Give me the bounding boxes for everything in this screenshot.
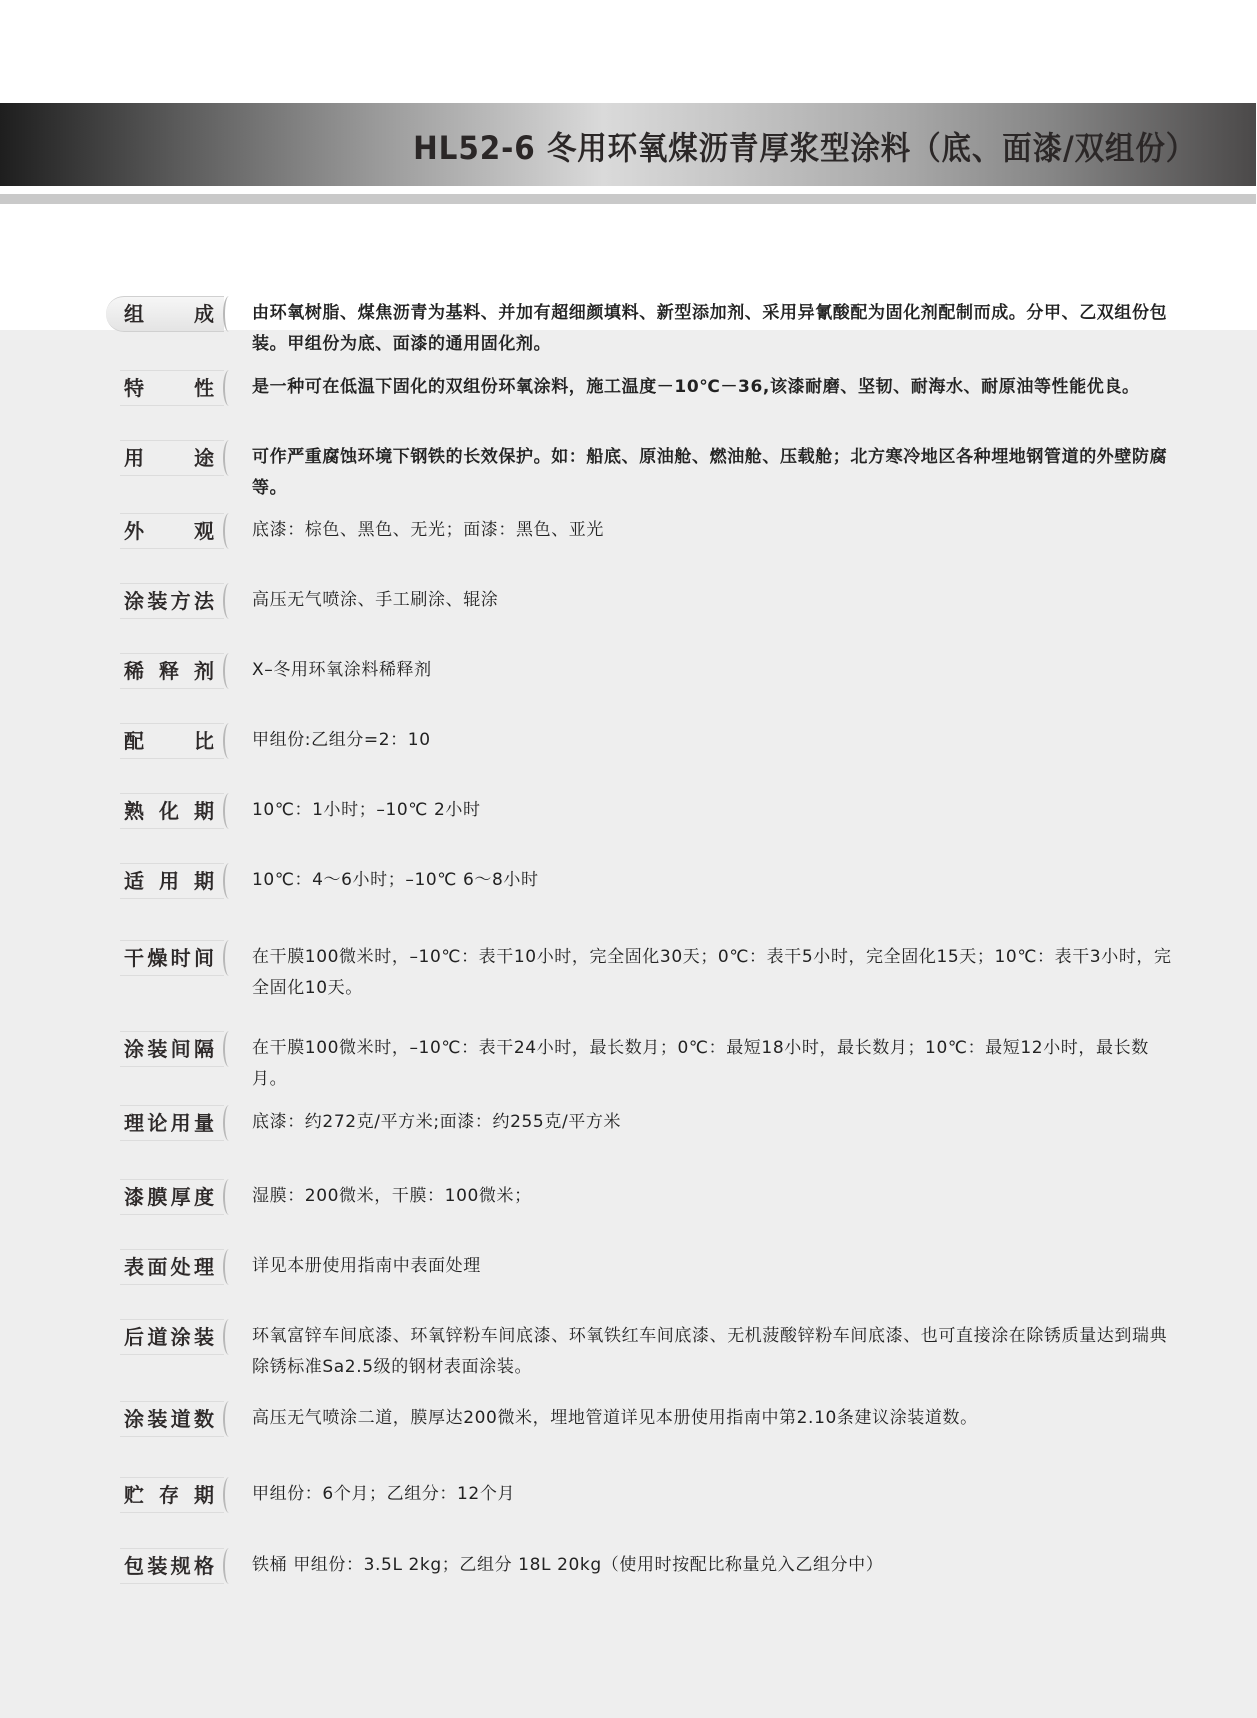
bracket-icon (223, 1477, 235, 1513)
spec-label: 用途 (124, 444, 214, 472)
label-box: 包装规格 (120, 1548, 224, 1584)
spec-value: 由环氧树脂、煤焦沥青为基料、并加有超细颜填料、新型添加剂、采用异氰酸配为固化剂配… (252, 298, 1172, 360)
spec-label: 贮存期 (124, 1481, 214, 1509)
bracket-icon (223, 863, 235, 899)
label-box: 配比 (120, 723, 224, 759)
bracket-icon (223, 583, 235, 619)
bracket-icon (223, 1548, 235, 1584)
spec-value: 高压无气喷涂二道，膜厚达200微米，埋地管道详见本册使用指南中第2.10条建议涂… (252, 1403, 1172, 1434)
bracket-icon (223, 653, 235, 689)
spec-value: 10℃：4～6小时；–10℃ 6～8小时 (252, 865, 1172, 896)
label-box: 漆膜厚度 (120, 1179, 224, 1215)
label-box: 干燥时间 (120, 940, 224, 976)
spec-label: 配比 (124, 727, 214, 755)
spec-label: 组成 (124, 300, 214, 328)
spec-label: 稀释剂 (124, 657, 214, 685)
spec-value: 在干膜100微米时，–10℃：表干10小时，完全固化30天；0℃：表干5小时，完… (252, 942, 1172, 1004)
spec-value: 铁桶 甲组份：3.5L 2kg；乙组分 18L 20kg（使用时按配比称量兑入乙… (252, 1550, 1172, 1581)
divider-bar (0, 194, 1256, 204)
bracket-icon (223, 370, 235, 406)
bracket-icon (223, 1319, 235, 1355)
spec-label: 熟化期 (124, 797, 214, 825)
spec-label: 涂装方法 (124, 587, 214, 615)
label-box: 表面处理 (120, 1249, 224, 1285)
bracket-icon (223, 1401, 235, 1437)
spec-value: 在干膜100微米时，–10℃：表干24小时，最长数月；0℃：最短18小时，最长数… (252, 1033, 1172, 1095)
bracket-icon (223, 1179, 235, 1215)
spec-label: 适用期 (124, 867, 214, 895)
label-box: 涂装方法 (120, 583, 224, 619)
spec-label: 特性 (124, 374, 214, 402)
spec-value: 是一种可在低温下固化的双组份环氧涂料，施工温度－10℃－36,该漆耐磨、坚韧、耐… (252, 372, 1172, 403)
spec-value: 详见本册使用指南中表面处理 (252, 1251, 1172, 1282)
label-box: 外观 (120, 513, 224, 549)
label-box: 熟化期 (120, 793, 224, 829)
label-box: 用途 (120, 440, 224, 476)
bracket-icon (223, 1031, 235, 1067)
spec-label: 涂装间隔 (124, 1035, 214, 1063)
spec-label: 表面处理 (124, 1253, 214, 1281)
label-box: 特性 (120, 370, 224, 406)
bracket-icon (223, 940, 235, 976)
spec-label: 外观 (124, 517, 214, 545)
bracket-icon (223, 296, 235, 332)
label-box: 涂装间隔 (120, 1031, 224, 1067)
label-box: 后道涂装 (120, 1319, 224, 1355)
page-title: HL52-6 冬用环氧煤沥青厚浆型涂料（底、面漆/双组份） (413, 123, 1196, 169)
spec-value: X–冬用环氧涂料稀释剂 (252, 655, 1172, 686)
spec-value: 可作严重腐蚀环境下钢铁的长效保护。如：船底、原油舱、燃油舱、压载舱；北方寒冷地区… (252, 442, 1172, 504)
bracket-icon (223, 440, 235, 476)
spec-label: 后道涂装 (124, 1323, 214, 1351)
bracket-icon (223, 793, 235, 829)
label-box: 稀释剂 (120, 653, 224, 689)
spec-value: 环氧富锌车间底漆、环氧锌粉车间底漆、环氧铁红车间底漆、无机菠酸锌粉车间底漆、也可… (252, 1321, 1172, 1383)
spec-label: 涂装道数 (124, 1405, 214, 1433)
spec-value: 甲组份:乙组分=2：10 (252, 725, 1172, 756)
spec-label: 理论用量 (124, 1109, 214, 1137)
title-banner: HL52-6 冬用环氧煤沥青厚浆型涂料（底、面漆/双组份） (0, 103, 1256, 186)
spec-value: 底漆：棕色、黑色、无光；面漆：黑色、亚光 (252, 515, 1172, 546)
bracket-icon (223, 513, 235, 549)
bracket-icon (223, 723, 235, 759)
bracket-icon (223, 1105, 235, 1141)
bracket-icon (223, 1249, 235, 1285)
label-box: 涂装道数 (120, 1401, 224, 1437)
spec-value: 甲组份：6个月；乙组分：12个月 (252, 1479, 1172, 1510)
spec-value: 10℃：1小时；–10℃ 2小时 (252, 795, 1172, 826)
spec-value: 底漆：约272克/平方米;面漆：约255克/平方米 (252, 1107, 1172, 1138)
spec-value: 湿膜：200微米，干膜：100微米； (252, 1181, 1172, 1212)
spec-label: 包装规格 (124, 1552, 214, 1580)
spec-label: 干燥时间 (124, 944, 214, 972)
label-box: 贮存期 (120, 1477, 224, 1513)
spec-label: 漆膜厚度 (124, 1183, 214, 1211)
spec-value: 高压无气喷涂、手工刷涂、辊涂 (252, 585, 1172, 616)
label-box: 适用期 (120, 863, 224, 899)
label-box: 组成 (106, 296, 224, 332)
label-box: 理论用量 (120, 1105, 224, 1141)
